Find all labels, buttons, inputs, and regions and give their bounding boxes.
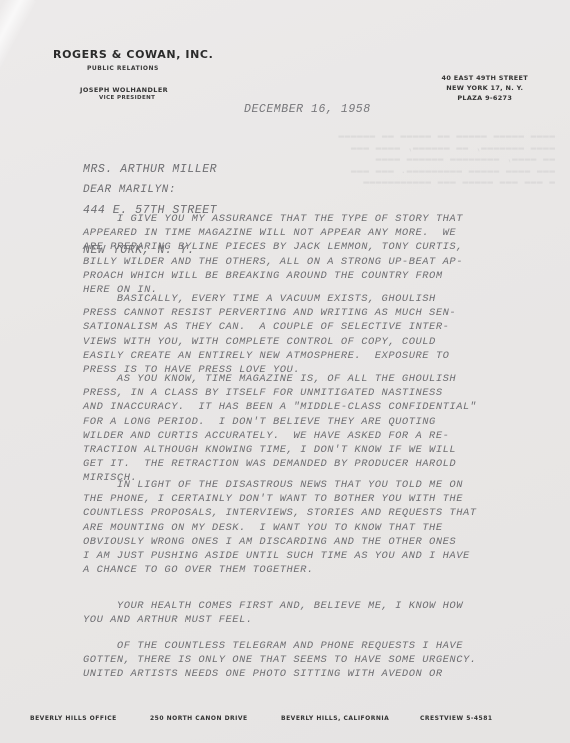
text-line: TRACTION ALTHOUGH KNOWING TIME, I DON'T … bbox=[83, 443, 543, 457]
company-name: ROGERS & COWAN, INC. bbox=[53, 48, 213, 61]
text-line: AS YOU KNOW, TIME MAGAZINE IS, OF ALL TH… bbox=[83, 372, 543, 386]
text-line: THE PHONE, I CERTAINLY DON'T WANT TO BOT… bbox=[83, 492, 543, 506]
text-line: COUNTLESS PROPOSALS, INTERVIEWS, STORIES… bbox=[83, 506, 543, 520]
letterhead-footer: BEVERLY HILLS OFFICE 250 NORTH CANON DRI… bbox=[0, 715, 570, 727]
bleed-through-text: ▬▬▬▬ ▬▬▬▬▬ ▬▬▬▬▬ ▬▬ ▬▬▬▬▬ ▬▬ ▬▬▬▬▬▬ ▬▬▬▬… bbox=[255, 130, 555, 188]
letter-page: ▬▬▬▬ ▬▬▬▬▬ ▬▬▬▬▬ ▬▬ ▬▬▬▬▬ ▬▬ ▬▬▬▬▬▬ ▬▬▬▬… bbox=[0, 0, 570, 743]
text-line: ARE PREPARING BYLINE PIECES BY JACK LEMM… bbox=[83, 240, 543, 254]
executive-title: VICE PRESIDENT bbox=[99, 95, 155, 101]
text-line: BASICALLY, EVERY TIME A VACUUM EXISTS, G… bbox=[83, 292, 543, 306]
paper-crease bbox=[0, 0, 37, 72]
footer-city: BEVERLY HILLS, CALIFORNIA bbox=[281, 715, 389, 722]
address-line: 40 EAST 49TH STREET bbox=[442, 73, 528, 83]
address-line: NEW YORK 17, N. Y. bbox=[442, 83, 528, 93]
phone-line: PLAZA 9-6273 bbox=[442, 93, 528, 103]
text-line: IN LIGHT OF THE DISASTROUS NEWS THAT YOU… bbox=[83, 478, 543, 492]
text-line: I AM JUST PUSHING ASIDE UNTIL SUCH TIME … bbox=[83, 549, 543, 563]
paragraph: I GIVE YOU MY ASSURANCE THAT THE TYPE OF… bbox=[83, 212, 543, 297]
text-line: GET IT. THE RETRACTION WAS DEMANDED BY P… bbox=[83, 457, 543, 471]
company-department: PUBLIC RELATIONS bbox=[87, 65, 159, 72]
text-line: YOU AND ARTHUR MUST FEEL. bbox=[83, 613, 543, 627]
salutation: DEAR MARILYN: bbox=[83, 184, 176, 196]
text-line: FOR A LONG PERIOD. I DON'T BELIEVE THEY … bbox=[83, 415, 543, 429]
text-line: YOUR HEALTH COMES FIRST AND, BELIEVE ME,… bbox=[83, 599, 543, 613]
text-line: OF THE COUNTLESS TELEGRAM AND PHONE REQU… bbox=[83, 639, 543, 653]
text-line: ARE MOUNTING ON MY DESK. I WANT YOU TO K… bbox=[83, 521, 543, 535]
text-line: APPEARED IN TIME MAGAZINE WILL NOT APPEA… bbox=[83, 226, 543, 240]
text-line: GOTTEN, THERE IS ONLY ONE THAT SEEMS TO … bbox=[83, 653, 543, 667]
paragraph: AS YOU KNOW, TIME MAGAZINE IS, OF ALL TH… bbox=[83, 372, 543, 486]
text-line: EASILY CREATE AN ENTIRELY NEW ATMOSPHERE… bbox=[83, 349, 543, 363]
text-line: PROACH WHICH WILL BE BREAKING AROUND THE… bbox=[83, 269, 543, 283]
text-line: BILLY WILDER AND THE OTHERS, ALL ON A ST… bbox=[83, 255, 543, 269]
letterhead-address: 40 EAST 49TH STREET NEW YORK 17, N. Y. P… bbox=[442, 73, 528, 103]
text-line: VIEWS WITH YOU, WITH COMPLETE CONTROL OF… bbox=[83, 335, 543, 349]
text-line: AND INACCURACY. IT HAS BEEN A "MIDDLE-CL… bbox=[83, 400, 543, 414]
letter-date: DECEMBER 16, 1958 bbox=[244, 103, 371, 116]
footer-office: BEVERLY HILLS OFFICE bbox=[30, 715, 117, 722]
footer-street: 250 NORTH CANON DRIVE bbox=[150, 715, 248, 722]
text-line: WILDER AND CURTIS ACCURATELY. WE HAVE AS… bbox=[83, 429, 543, 443]
paragraph: IN LIGHT OF THE DISASTROUS NEWS THAT YOU… bbox=[83, 478, 543, 577]
text-line: OBVIOUSLY WRONG ONES I AM DISCARDING AND… bbox=[83, 535, 543, 549]
footer-phone: CRESTVIEW 5-4581 bbox=[420, 715, 493, 722]
text-line: A CHANCE TO GO OVER THEM TOGETHER. bbox=[83, 563, 543, 577]
paragraph: BASICALLY, EVERY TIME A VACUUM EXISTS, G… bbox=[83, 292, 543, 377]
text-line: I GIVE YOU MY ASSURANCE THAT THE TYPE OF… bbox=[83, 212, 543, 226]
recipient-name: MRS. ARTHUR MILLER bbox=[83, 163, 217, 177]
text-line: PRESS, IN A CLASS BY ITSELF FOR UNMITIGA… bbox=[83, 386, 543, 400]
executive-name: JOSEPH WOLHANDLER bbox=[80, 86, 168, 94]
text-line: UNITED ARTISTS NEEDS ONE PHOTO SITTING W… bbox=[83, 667, 543, 681]
text-line: SATIONALISM AS THEY CAN. A COUPLE OF SEL… bbox=[83, 320, 543, 334]
text-line: PRESS CANNOT RESIST PERVERTING AND WRITI… bbox=[83, 306, 543, 320]
paragraph: YOUR HEALTH COMES FIRST AND, BELIEVE ME,… bbox=[83, 599, 543, 627]
paragraph: OF THE COUNTLESS TELEGRAM AND PHONE REQU… bbox=[83, 639, 543, 682]
